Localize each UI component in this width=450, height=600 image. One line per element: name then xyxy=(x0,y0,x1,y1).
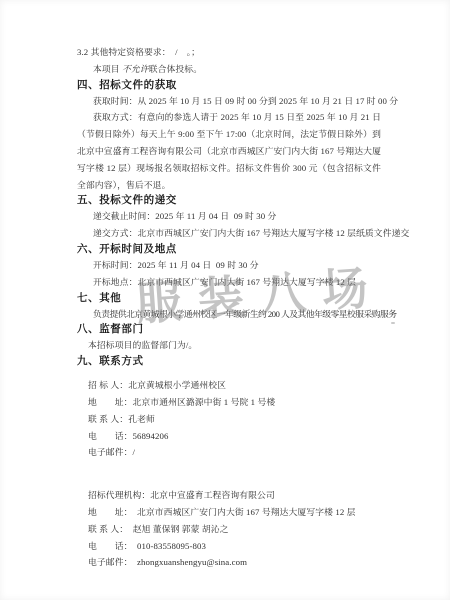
row-value: / xyxy=(133,447,136,457)
clause-suffix: 联合体投标。 xyxy=(149,64,202,74)
row-label: 招标代理机构： xyxy=(88,490,150,500)
section-4-obtain-method-paragraph: 获取方式：有意向的参选人请于 2025 年 10 月 15 日至 2025 年 … xyxy=(77,109,381,193)
row-label: 招 标 人： xyxy=(88,380,128,390)
section-6-opening-time: 开标时间：2025 年 11 月 04 日 09 时 30 分 xyxy=(77,257,381,274)
section-5-heading: 五、投标文件的递交 xyxy=(77,193,381,208)
row-value: 56894206 xyxy=(133,431,169,441)
tenderer-contact-person-row: 联 系 人：孔老师 xyxy=(77,411,381,428)
row-label: 联 系 人： xyxy=(88,414,128,424)
row-label: 电 话： xyxy=(88,541,137,551)
tenderer-address-row: 地 址：北京市通州区潞源中街 1 号院 1 号楼 xyxy=(77,394,381,411)
tenderer-contact-block: 招 标 人：北京黄城根小学通州校区 地 址：北京市通州区潞源中街 1 号院 1 … xyxy=(77,377,381,461)
tenderer-name-row: 招 标 人：北京黄城根小学通州校区 xyxy=(77,377,381,394)
section-5-deadline: 递交截止时间：2025 年 11 月 04 日 09 时 30 分 xyxy=(77,208,381,225)
section-4-heading: 四、招标文件的获取 xyxy=(77,78,381,93)
row-value: 北京中宣盛育工程咨询有限公司 xyxy=(150,490,275,500)
agency-name-row: 招标代理机构：北京中宣盛育工程咨询有限公司 xyxy=(77,487,381,504)
row-label: 电 话： xyxy=(88,431,133,441)
clause-prefix: 本项目 xyxy=(93,64,122,74)
row-label: 地 址： xyxy=(88,397,133,407)
row-value: 北京市西城区广安门内大街 167 号翔达大厦写字楼 12 层 xyxy=(137,507,356,517)
row-value: zhongxuanshengyu@sina.com xyxy=(137,557,247,567)
clause-emphasis: 不允许 xyxy=(122,64,149,74)
section-9-heading: 九、联系方式 xyxy=(77,354,381,369)
agency-contact-person-row: 联 系 人： 赵旭 董保钢 郭蒙 胡沁之 xyxy=(77,521,381,538)
agency-contact-block: 招标代理机构：北京中宣盛育工程咨询有限公司 地 址： 北京市西城区广安门内大街 … xyxy=(77,487,381,571)
section-6-heading: 六、开标时间及地点 xyxy=(77,242,381,257)
scan-artifact xyxy=(391,322,395,324)
clause-no-consortium-bidding: 本项目 不允许联合体投标。 xyxy=(77,61,381,78)
row-label: 地 址： xyxy=(88,507,137,517)
blank-gap xyxy=(77,461,381,487)
agency-phone-row: 电 话： 010-83558095-803 xyxy=(77,538,381,555)
agency-email-row: 电子邮件： zhongxuanshengyu@sina.com xyxy=(77,554,381,571)
section-8-supervision-dept: 本招标项目的监督部门为/。 xyxy=(77,337,381,354)
section-7-heading: 七、其他 xyxy=(77,291,381,306)
section-5-submission-method: 递交方式：北京市西城区广安门内大街 167 号翔达大厦写字楼 12 层纸质文件递… xyxy=(77,225,381,242)
document-content: 3.2 其他特定资格要求： / 。； 本项目 不允许联合体投标。 四、招标文件的… xyxy=(77,44,381,571)
clause-other-qualification-requirements: 3.2 其他特定资格要求： / 。； xyxy=(77,44,381,61)
section-4-obtain-time: 获取时间：从 2025 年 10 月 15 日 09 时 00 分到 2025 … xyxy=(77,93,381,110)
row-label: 电子邮件： xyxy=(88,557,137,567)
scanned-tender-document-page: 服装八场 3.2 其他特定资格要求： / 。； 本项目 不允许联合体投标。 四、… xyxy=(0,0,450,600)
section-8-heading: 八、监督部门 xyxy=(77,322,381,337)
tenderer-email-row: 电子邮件：/ xyxy=(77,444,381,461)
section-7-service-scope: 负责提供北京黄城根小学通州校区一年级新生约 200 人及其他年级零星校服采购服务 xyxy=(77,306,381,323)
row-label: 联 系 人： xyxy=(88,524,133,534)
row-value: 赵旭 董保钢 郭蒙 胡沁之 xyxy=(133,524,229,534)
row-value: 北京黄城根小学通州校区 xyxy=(128,380,226,390)
row-value: 010-83558095-803 xyxy=(137,541,206,551)
section-6-opening-place: 开标地点：北京市西城区广安门内大街 167 号翔达大厦写字楼 12 层 xyxy=(77,274,381,291)
tenderer-phone-row: 电 话：56894206 xyxy=(77,428,381,445)
agency-address-row: 地 址： 北京市西城区广安门内大街 167 号翔达大厦写字楼 12 层 xyxy=(77,504,381,521)
row-label: 电子邮件： xyxy=(88,447,133,457)
row-value: 孔老师 xyxy=(128,414,155,424)
row-value: 北京市通州区潞源中街 1 号院 1 号楼 xyxy=(133,397,276,407)
